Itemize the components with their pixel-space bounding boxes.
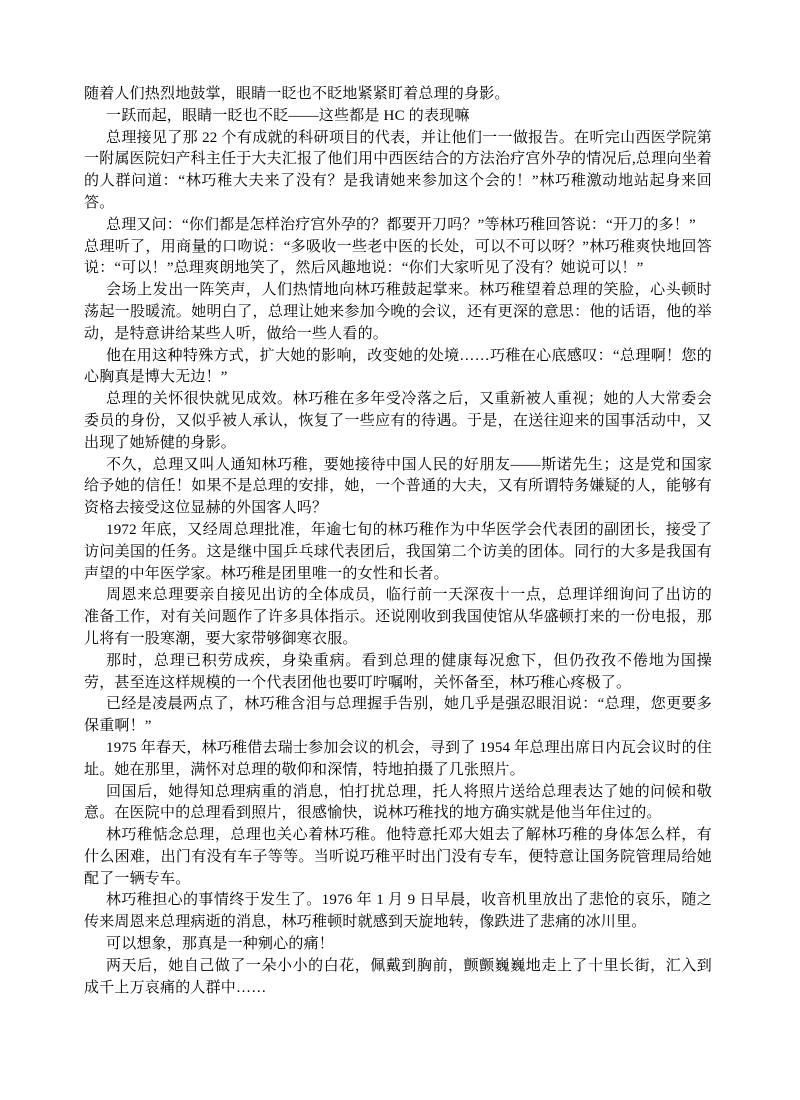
paragraph: 总理听了，用商量的口吻说：“多吸收一些老中医的长处，可以不可以呀？”林巧稚爽快地… bbox=[84, 237, 712, 281]
paragraph: 总理又问：“你们都是怎样治疗宫外孕的？都要开刀吗？”等林巧稚回答说：“开刀的多！… bbox=[84, 215, 712, 237]
paragraph: 总理的关怀很快就见成效。林巧稚在多年受冷落之后，又重新被人重视；她的人大常委会委… bbox=[84, 389, 712, 454]
paragraph: 林巧稚惦念总理，总理也关心着林巧稚。他特意托邓大姐去了解林巧稚的身体怎么样，有什… bbox=[84, 825, 712, 890]
paragraph: 那时，总理已积劳成疾，身染重病。看到总理的健康每况愈下，但仍孜孜不倦地为国操劳，… bbox=[84, 651, 712, 695]
paragraph: 两天后，她自己做了一朵小小的白花，佩戴到胸前，颤颤巍巍地走上了十里长街，汇入到成… bbox=[84, 956, 712, 1000]
document-page: 随着人们热烈地鼓掌，眼睛一眨也不眨地紧紧盯着总理的身影。 一跃而起，眼睛一眨也不… bbox=[0, 0, 800, 1100]
paragraph: 回国后，她得知总理病重的消息，怕打扰总理，托人将照片送给总理表达了她的问候和敬意… bbox=[84, 782, 712, 826]
text-block: 随着人们热烈地鼓掌，眼睛一眨也不眨地紧紧盯着总理的身影。 一跃而起，眼睛一眨也不… bbox=[84, 84, 712, 999]
paragraph: 已经是凌晨两点了，林巧稚含泪与总理握手告别，她几乎是强忍眼泪说：“总理，您更要多… bbox=[84, 694, 712, 738]
paragraph: 周恩来总理要亲自接见出访的全体成员，临行前一天深夜十一点，总理详细询问了出访的准… bbox=[84, 585, 712, 650]
paragraph: 一跃而起，眼睛一眨也不眨——这些都是 HC 的表现嘛 bbox=[84, 106, 712, 128]
paragraph: 1972 年底，又经周总理批准，年逾七旬的林巧稚作为中华医学会代表团的副团长，接… bbox=[84, 520, 712, 585]
paragraph: 林巧稚担心的事情终于发生了。1976 年 1 月 9 日早晨，收音机里放出了悲怆… bbox=[84, 890, 712, 934]
paragraph: 随着人们热烈地鼓掌，眼睛一眨也不眨地紧紧盯着总理的身影。 bbox=[84, 84, 712, 106]
paragraph: 1975 年春天，林巧稚借去瑞士参加会议的机会，寻到了 1954 年总理出席日内… bbox=[84, 738, 712, 782]
paragraph: 他在用这种特殊方式，扩大她的影响，改变她的处境……巧稚在心底感叹：“总理啊！您的… bbox=[84, 346, 712, 390]
paragraph: 总理接见了那 22 个有成就的科研项目的代表，并让他们一一做报告。在听完山西医学… bbox=[84, 128, 712, 215]
paragraph: 不久，总理又叫人通知林巧稚，要她接待中国人民的好朋友——斯诺先生；这是党和国家给… bbox=[84, 455, 712, 520]
paragraph: 可以想象，那真是一种剜心的痛！ bbox=[84, 934, 712, 956]
paragraph: 会场上发出一阵笑声，人们热情地向林巧稚鼓起掌来。林巧稚望着总理的笑脸，心头顿时荡… bbox=[84, 280, 712, 345]
